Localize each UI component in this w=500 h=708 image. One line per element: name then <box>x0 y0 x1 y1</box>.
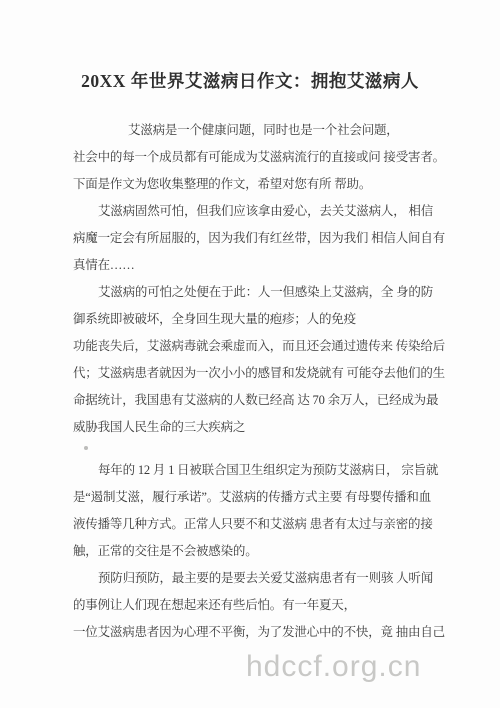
text-line: 代；艾滋病患者就因为一次小小的感冒和发烧就有 可能夺去他们的生 <box>73 360 445 387</box>
text-line: 病魔一定会有所屈服的，因为我们有红丝带，因为我们 相信人间自有 <box>73 225 445 252</box>
text-line: 的事例让人们现在想起来还有些后怕。有一年夏天， <box>73 592 445 619</box>
paragraph-love: 艾滋病固然可怕，但我们应该拿由爱心，去关艾滋病人， 相信 病魔一定会有所屈服的，… <box>73 198 445 279</box>
text-line: 艾滋病的可怕之处便在于此：人一但感染上艾滋病，全 身的防 <box>73 279 445 306</box>
text-line: 社会中的每一个成员都有可能成为艾滋病流行的直接或问 接受害者。 <box>73 144 445 171</box>
page-title: 20XX 年世界艾滋病日作文：拥抱艾滋病人 <box>0 68 500 93</box>
text-line: 命据统计，我国患有艾滋病的人数已经高 达 70 余万人，已经成为最 <box>73 387 445 414</box>
text-line: 御系统即被破坏，全身回生现大量的疱疹；人的免疫 <box>73 306 445 333</box>
text-line: 一位艾滋病患者因为心理不平衡，为了发泄心中的不快，竟 抽由自己 <box>73 619 445 646</box>
text-line: 功能丧失后，艾滋病毒就会乘虚而入，而且还会通过遗传来 传染给后 <box>73 333 445 360</box>
text-line: 每年的 12 月 1 日被联合国卫生组织定为预防艾滋病日， 宗旨就 <box>73 457 445 484</box>
body-text-lower: 每年的 12 月 1 日被联合国卫生组织定为预防艾滋病日， 宗旨就 是“遏制艾滋… <box>73 457 445 646</box>
site-watermark: hdccf.org.cn <box>246 650 421 684</box>
paragraph-intro: 艾滋病是一个健康问题，同时也是一个社会问题， 社会中的每一个成员都有可能成为艾滋… <box>73 117 445 198</box>
stray-speck <box>84 446 88 450</box>
text-line: 艾滋病固然可怕，但我们应该拿由爱心，去关艾滋病人， 相信 <box>73 198 445 225</box>
body-text-upper: 艾滋病是一个健康问题，同时也是一个社会问题， 社会中的每一个成员都有可能成为艾滋… <box>73 117 445 441</box>
text-line: 预防归预防，最主要的是要去关爱艾滋病患者有一则骇 人听闻 <box>73 565 445 592</box>
text-line: 液传播等几种方式。正常人只要不和艾滋病 患者有太过与亲密的接 <box>73 511 445 538</box>
paragraph-story: 预防归预防，最主要的是要去关爱艾滋病患者有一则骇 人听闻 的事例让人们现在想起来… <box>73 565 445 646</box>
text-line: 下面是作文为您收集整理的作文，希望对您有所 帮助。 <box>73 171 445 198</box>
text-line: 触，正常的交往是不会被感染的。 <box>73 538 445 565</box>
document-page: 20XX 年世界艾滋病日作文：拥抱艾滋病人 艾滋病是一个健康问题，同时也是一个社… <box>0 0 500 708</box>
text-line: 是“遏制艾滋，履行承诺”。艾滋病的传播方式主要 有母婴传播和血 <box>73 484 445 511</box>
text-line: 威胁我国人民生命的三大疾病之 <box>73 414 445 441</box>
text-line: 艾滋病是一个健康问题，同时也是一个社会问题， <box>73 117 445 144</box>
text-line: 真情在…… <box>73 252 445 279</box>
paragraph-danger: 艾滋病的可怕之处便在于此：人一但感染上艾滋病，全 身的防 御系统即被破坏，全身回… <box>73 279 445 441</box>
paragraph-awareness-day: 每年的 12 月 1 日被联合国卫生组织定为预防艾滋病日， 宗旨就 是“遏制艾滋… <box>73 457 445 565</box>
